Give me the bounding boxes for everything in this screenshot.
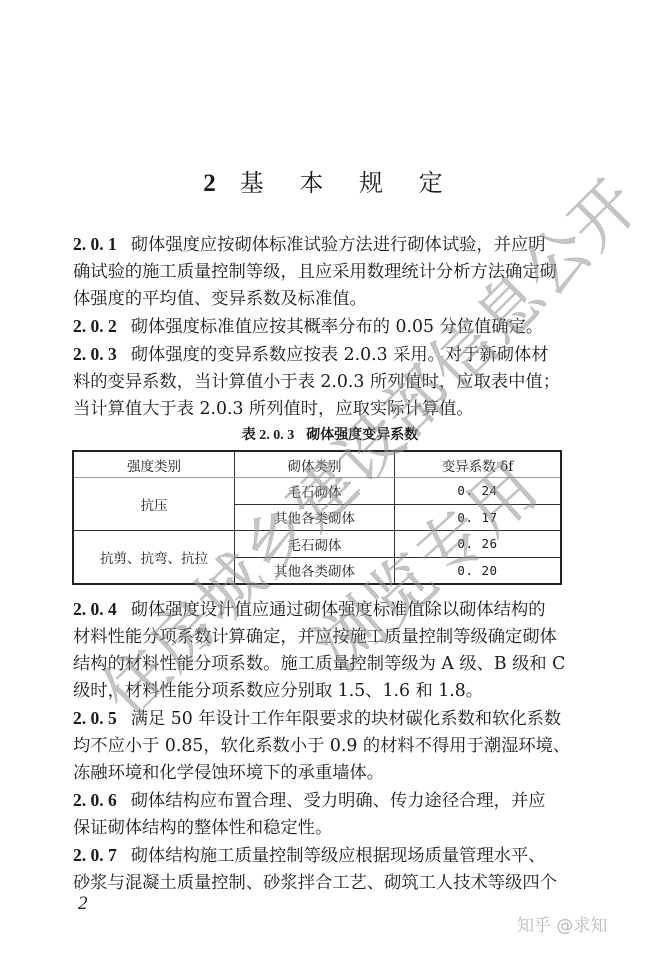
chapter-title: 2基 本 规 定 <box>0 163 660 198</box>
clause-text: 砌体强度的变异系数应按表 2.0.3 采用。对于新砌体材 <box>131 345 549 365</box>
table-number: 表 2. 0. 3 <box>242 428 295 443</box>
document-page: 2基 本 规 定 2. 0. 1砌体强度应按砌体标准试验方法进行砌体试验，并应明… <box>0 0 660 953</box>
clause-text: 砌体强度标准值应按其概率分布的 0.05 分位值确定。 <box>131 317 543 337</box>
value-cell: 0. 26 <box>395 531 562 558</box>
masonry-cell: 其他各类砌体 <box>235 557 395 584</box>
category-cell: 抗剪、抗弯、抗拉 <box>73 531 235 585</box>
clause-text: 砌体强度设计值应通过砌体强度标准值除以砌体结构的 <box>131 600 546 620</box>
clauses-block-1: 2. 0. 1砌体强度应按砌体标准试验方法进行砌体试验，并应明 确试验的施工质量… <box>73 231 565 423</box>
source-watermark: 知乎 @求知 <box>517 911 607 936</box>
clause-text: 冻融环境和化学侵蚀环境下的承重墙体。 <box>73 760 565 787</box>
clause-number: 2. 0. 7 <box>73 845 117 865</box>
clause-text: 均不应小于 0.85，软化系数小于 0.9 的材料不得用于潮湿环境、 <box>73 733 565 760</box>
clause-text: 当计算值大于表 2.0.3 所列值时，应取实际计算值。 <box>73 396 565 423</box>
page-number: 2 <box>78 893 88 915</box>
clause-number: 2. 0. 5 <box>73 708 117 728</box>
clause-2-0-4: 2. 0. 4砌体强度设计值应通过砌体强度标准值除以砌体结构的 材料性能分项系数… <box>73 596 565 705</box>
clause-text: 级时，材料性能分项系数应分别取 1.5、1.6 和 1.8。 <box>73 678 565 705</box>
clauses-block-2: 2. 0. 4砌体强度设计值应通过砌体强度标准值除以砌体结构的 材料性能分项系数… <box>73 596 565 897</box>
value-cell: 0. 24 <box>395 478 562 505</box>
clause-text: 确试验的施工质量控制等级，且应采用数理统计分析方法确定砌 <box>73 259 565 286</box>
masonry-cell: 其他各类砌体 <box>235 504 395 531</box>
clause-text: 砂浆与混凝土质量控制、砂浆拌合工艺、砌筑工人技术等级四个 <box>73 870 565 897</box>
value-cell: 0. 17 <box>395 504 562 531</box>
clause-text: 保证砌体结构的整体性和稳定性。 <box>73 815 565 842</box>
chapter-number: 2 <box>203 170 216 197</box>
clause-text: 砌体结构施工质量控制等级应根据现场质量管理水平、 <box>131 846 546 866</box>
clause-2-0-6: 2. 0. 6砌体结构应布置合理、受力明确、传力途径合理，并应 保证砌体结构的整… <box>73 787 565 842</box>
table-header-row: 强度类别 砌体类别 变异系数 δf <box>73 451 561 478</box>
clause-number: 2. 0. 3 <box>73 344 117 364</box>
header-coefficient: 变异系数 δf <box>395 451 562 478</box>
clause-number: 2. 0. 1 <box>73 234 117 254</box>
clause-text: 结构的材料性能分项系数。施工质量控制等级为 A 级、B 级和 C <box>73 651 565 678</box>
table-title: 砌体强度变异系数 <box>306 427 418 443</box>
clause-2-0-1: 2. 0. 1砌体强度应按砌体标准试验方法进行砌体试验，并应明 确试验的施工质量… <box>73 231 565 313</box>
clause-2-0-5: 2. 0. 5满足 50 年设计工作年限要求的块材碳化系数和软化系数 均不应小于… <box>73 705 565 787</box>
clause-number: 2. 0. 2 <box>73 316 117 336</box>
chapter-heading: 基 本 规 定 <box>240 169 457 197</box>
clause-text: 满足 50 年设计工作年限要求的块材碳化系数和软化系数 <box>131 709 561 729</box>
header-strength-category: 强度类别 <box>73 451 235 478</box>
table-caption: 表 2. 0. 3砌体强度变异系数 <box>0 424 660 444</box>
category-cell: 抗压 <box>73 478 235 531</box>
clause-text: 材料性能分项系数计算确定，并应按施工质量控制等级确定砌体 <box>73 624 565 651</box>
value-cell: 0. 20 <box>395 557 562 584</box>
clause-text: 料的变异系数，当计算值小于表 2.0.3 所列值时，应取表中值； <box>73 369 565 396</box>
masonry-cell: 毛石砌体 <box>235 531 395 558</box>
clause-2-0-3: 2. 0. 3砌体强度的变异系数应按表 2.0.3 采用。对于新砌体材 料的变异… <box>73 341 565 423</box>
table-row: 抗剪、抗弯、抗拉 毛石砌体 0. 26 <box>73 531 561 558</box>
clause-number: 2. 0. 6 <box>73 790 117 810</box>
clause-text: 砌体结构应布置合理、受力明确、传力途径合理，并应 <box>131 791 546 811</box>
variation-coefficient-table: 强度类别 砌体类别 变异系数 δf 抗压 毛石砌体 0. 24 其他各类砌体 0… <box>72 450 562 585</box>
clause-number: 2. 0. 4 <box>73 599 117 619</box>
clause-2-0-2: 2. 0. 2砌体强度标准值应按其概率分布的 0.05 分位值确定。 <box>73 313 565 341</box>
masonry-cell: 毛石砌体 <box>235 478 395 505</box>
clause-2-0-7: 2. 0. 7砌体结构施工质量控制等级应根据现场质量管理水平、 砂浆与混凝土质量… <box>73 842 565 897</box>
clause-text: 体强度的平均值、变异系数及标准值。 <box>73 286 565 313</box>
clause-text: 砌体强度应按砌体标准试验方法进行砌体试验，并应明 <box>131 235 546 255</box>
table-row: 抗压 毛石砌体 0. 24 <box>73 478 561 505</box>
header-masonry-type: 砌体类别 <box>235 451 395 478</box>
